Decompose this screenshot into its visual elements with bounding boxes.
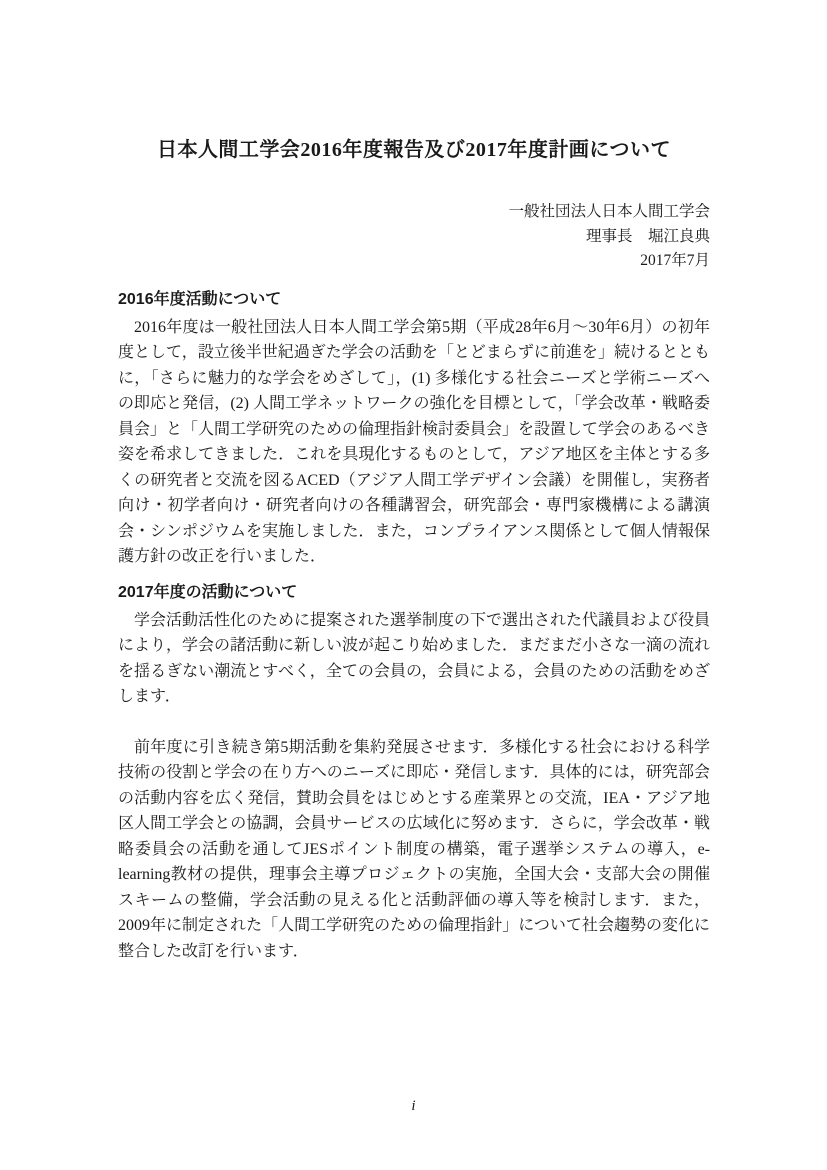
document-content: 日本人間工学会2016年度報告及び2017年度計画について 一般社団法人日本人間… <box>118 0 710 964</box>
paragraph-2017-election: 学会活動活性化のために提案された選挙制度の下で選出された代議員および役員により，… <box>118 608 710 710</box>
byline-organization: 一般社団法人日本人間工学会 <box>118 200 710 225</box>
section-2016-report: 2016年度活動について 2016年度は一般社団法人日本人間工学会第5期（平成2… <box>118 290 710 570</box>
byline-role-and-name: 理事長 堀江良典 <box>118 225 710 250</box>
byline: 一般社団法人日本人間工学会 理事長 堀江良典 2017年7月 <box>118 200 710 274</box>
paragraph-2016-activity: 2016年度は一般社団法人日本人間工学会第5期（平成28年6月〜30年6月）の初… <box>118 315 710 570</box>
document-title: 日本人間工学会2016年度報告及び2017年度計画について <box>118 136 710 164</box>
page-number: i <box>0 1098 827 1115</box>
paragraph-2017-plan-detail: 前年度に引き続き第5期活動を集約発展させます．多様化する社会における科学技術の役… <box>118 735 710 965</box>
section-2017-plan: 2017年度の活動について 学会活動活性化のために提案された選挙制度の下で選出さ… <box>118 583 710 965</box>
section-heading-2016: 2016年度活動について <box>118 290 710 310</box>
section-heading-2017: 2017年度の活動について <box>118 583 710 603</box>
document-page: 日本人間工学会2016年度報告及び2017年度計画について 一般社団法人日本人間… <box>0 0 827 1170</box>
byline-date: 2017年7月 <box>118 249 710 274</box>
